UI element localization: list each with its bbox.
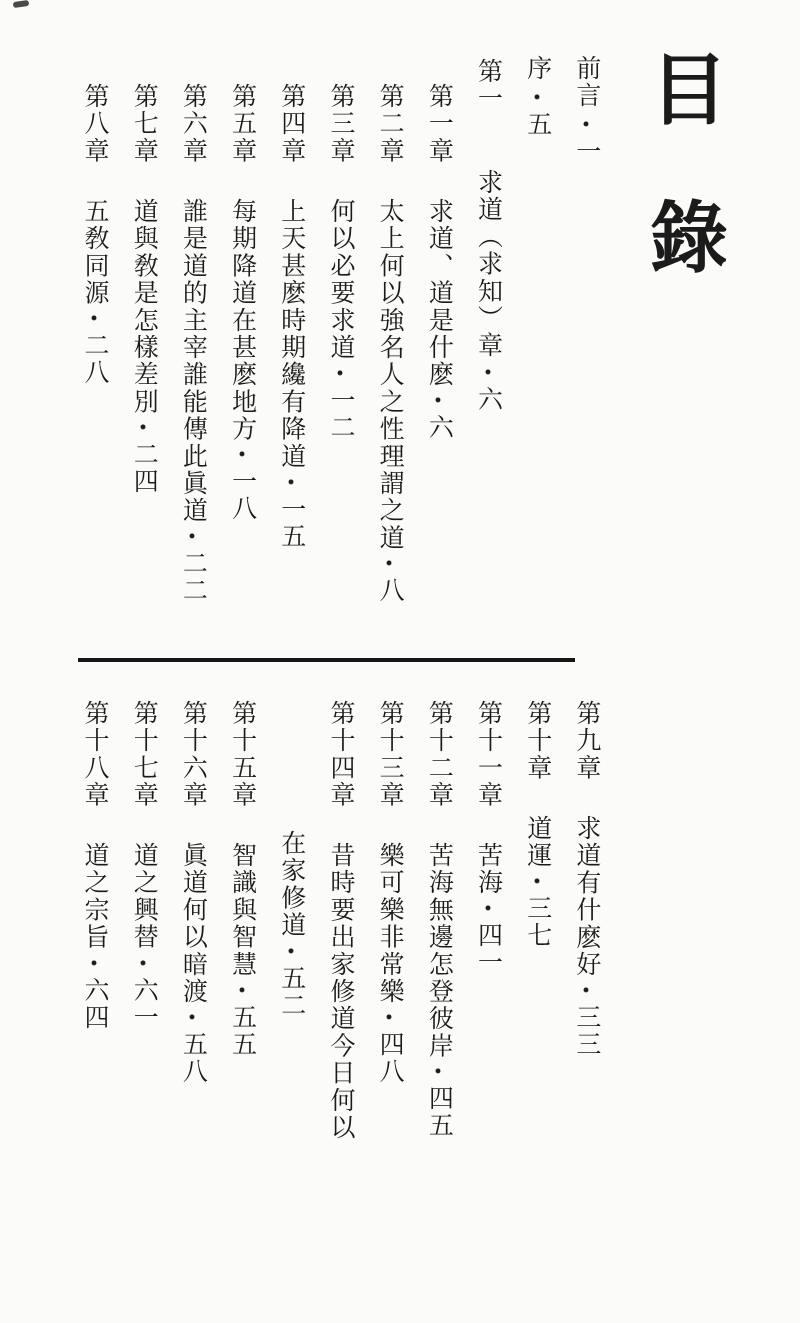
section-divider <box>78 658 575 662</box>
toc-entry-section-heading: 第一 求道（求知）章 六 <box>473 55 503 652</box>
entry-page-number: 一 <box>572 138 600 165</box>
dot-leader <box>128 422 158 434</box>
entry-title: 智識與智慧 <box>228 842 256 978</box>
toc-page: 目 錄 前言 一 序 五 第一 求道（求知）章 六 第一章 求道、道是什麽 六 … <box>0 0 800 1323</box>
entry-title: 每期降道在甚麽地方 <box>228 198 256 443</box>
dot-leader <box>227 449 257 461</box>
entry-label: 第十三章 <box>375 700 403 809</box>
entry-label: 第十四章 <box>326 700 354 809</box>
toc-entry-chapter-14-line-2: 在家修道 五二 <box>276 700 306 1255</box>
dot-leader <box>571 119 601 131</box>
toc-entry-chapter-10: 第十章 道運 三七 <box>522 700 552 1255</box>
entry-label: 序 <box>523 55 551 82</box>
dot-leader <box>374 558 404 570</box>
toc-entry-chapter-6: 第六章 誰是道的主宰誰能傳此眞道 二二 <box>177 55 207 652</box>
dot-leader <box>423 395 453 407</box>
entry-title: 何以必要求道 <box>326 198 354 361</box>
toc-entry-chapter-9: 第九章 求道有什麽好 三三 <box>571 700 601 1255</box>
entry-page-number: 五 <box>523 111 551 138</box>
entry-label: 前言 <box>572 55 600 109</box>
toc-entry-chapter-1: 第一章 求道、道是什麽 六 <box>423 55 453 652</box>
toc-entry-chapter-18: 第十八章 道之宗旨 六四 <box>79 700 109 1255</box>
toc-section-back: 第九章 求道有什麽好 三三 第十章 道運 三七 第十一章 苦海 四一 第十二章 … <box>79 700 601 1255</box>
toc-entry-chapter-12: 第十二章 苦海無邊怎登彼岸 四五 <box>423 700 453 1255</box>
dot-leader <box>276 477 306 489</box>
entry-page-number: 一八 <box>228 468 256 522</box>
toc-section-front: 前言 一 序 五 第一 求道（求知）章 六 第一章 求道、道是什麽 六 第二章 … <box>79 55 601 652</box>
toc-entry-chapter-2: 第二章 太上何以強名人之性理謂之道 八 <box>374 55 404 652</box>
entry-label: 第三章 <box>326 83 354 165</box>
entry-page-number: 二四 <box>129 441 157 495</box>
toc-entry-chapter-11: 第十一章 苦海 四一 <box>473 700 503 1255</box>
entry-label: 第四章 <box>277 83 305 165</box>
entry-page-number: 六一 <box>129 977 157 1031</box>
page-title-char: 目 <box>650 52 728 130</box>
dot-leader <box>571 985 601 997</box>
entry-title: 求道（求知）章 <box>474 169 502 359</box>
entry-title: 道運 <box>523 815 551 869</box>
entry-label: 第十六章 <box>178 700 206 809</box>
dot-leader <box>423 1066 453 1078</box>
page-title-char: 錄 <box>650 200 728 278</box>
toc-entry-foreword: 前言 一 <box>571 55 601 652</box>
entry-label: 第七章 <box>129 83 157 165</box>
entry-page-number: 二八 <box>80 332 108 386</box>
entry-title: 在家修道 <box>277 830 305 939</box>
entry-label: 第一章 <box>424 83 452 165</box>
entry-page-number: 五五 <box>228 1004 256 1058</box>
entry-page-number: 五八 <box>178 1031 206 1085</box>
toc-entry-chapter-8: 第八章 五敎同源 二八 <box>79 55 109 652</box>
entry-page-number: 八 <box>375 577 403 604</box>
dot-leader <box>473 367 503 379</box>
entry-label: 第一 <box>474 58 502 112</box>
toc-entry-chapter-17: 第十七章 道之興替 六一 <box>128 700 158 1255</box>
dot-leader <box>177 1012 207 1024</box>
toc-entry-chapter-14-line-1: 第十四章 昔時要出家修道今日何以 <box>325 700 355 1255</box>
toc-entry-chapter-7: 第七章 道與敎是怎樣差別 二四 <box>128 55 158 652</box>
entry-label: 第九章 <box>572 700 600 782</box>
entry-title: 道之興替 <box>129 842 157 951</box>
dot-leader <box>227 985 257 997</box>
entry-title: 誰是道的主宰誰能傳此眞道 <box>178 198 206 524</box>
entry-label: 第十七章 <box>129 700 157 809</box>
scan-artifact <box>13 0 30 8</box>
entry-page-number: 五二 <box>277 965 305 1019</box>
entry-title: 樂可樂非常樂 <box>375 842 403 1005</box>
entry-title: 求道、道是什麽 <box>424 198 452 388</box>
entry-label: 第五章 <box>228 83 256 165</box>
entry-page-number: 四五 <box>424 1085 452 1139</box>
toc-entry-preface: 序 五 <box>522 55 552 652</box>
entry-title: 五敎同源 <box>80 198 108 307</box>
entry-page-number: 一五 <box>277 496 305 550</box>
entry-label: 第十五章 <box>228 700 256 809</box>
entry-title: 求道有什麽好 <box>572 815 600 978</box>
entry-page-number: 三三 <box>572 1004 600 1058</box>
entry-title: 昔時要出家修道今日何以 <box>326 842 354 1141</box>
entry-title: 眞道何以暗渡 <box>178 842 206 1005</box>
entry-page-number: 六 <box>424 414 452 441</box>
entry-page-number: 六四 <box>80 977 108 1031</box>
entry-page-number: 二二 <box>178 550 206 604</box>
entry-title: 太上何以強名人之性理謂之道 <box>375 198 403 552</box>
dot-leader <box>473 903 503 915</box>
entry-title: 上天甚麽時期纔有降道 <box>277 198 305 470</box>
dot-leader <box>128 958 158 970</box>
toc-entry-chapter-3: 第三章 何以必要求道 一二 <box>325 55 355 652</box>
entry-page-number: 一二 <box>326 387 354 441</box>
entry-label: 第二章 <box>375 83 403 165</box>
dot-leader <box>522 92 552 104</box>
dot-leader <box>79 313 109 325</box>
entry-label: 第十章 <box>523 700 551 782</box>
toc-entry-chapter-5: 第五章 每期降道在甚麽地方 一八 <box>227 55 257 652</box>
entry-title: 道與敎是怎樣差別 <box>129 198 157 416</box>
entry-page-number: 六 <box>474 386 502 413</box>
entry-label: 第六章 <box>178 83 206 165</box>
toc-entry-chapter-15: 第十五章 智識與智慧 五五 <box>227 700 257 1255</box>
toc-entry-chapter-13: 第十三章 樂可樂非常樂 四八 <box>374 700 404 1255</box>
toc-entry-chapter-4: 第四章 上天甚麽時期纔有降道 一五 <box>276 55 306 652</box>
entry-title: 苦海無邊怎登彼岸 <box>424 842 452 1060</box>
entry-label: 第十八章 <box>80 700 108 809</box>
entry-label: 第十二章 <box>424 700 452 809</box>
toc-entry-chapter-16: 第十六章 眞道何以暗渡 五八 <box>177 700 207 1255</box>
entry-label: 第八章 <box>80 83 108 165</box>
dot-leader <box>177 531 207 543</box>
entry-title: 道之宗旨 <box>80 842 108 951</box>
dot-leader <box>79 958 109 970</box>
dot-leader <box>522 876 552 888</box>
dot-leader <box>276 946 306 958</box>
entry-title: 苦海 <box>474 842 502 896</box>
dot-leader <box>374 1012 404 1024</box>
dot-leader <box>325 368 355 380</box>
entry-page-number: 四一 <box>474 922 502 976</box>
entry-label: 第十一章 <box>474 700 502 809</box>
entry-page-number: 三七 <box>523 895 551 949</box>
entry-page-number: 四八 <box>375 1031 403 1085</box>
page-title: 目 錄 <box>648 52 730 278</box>
